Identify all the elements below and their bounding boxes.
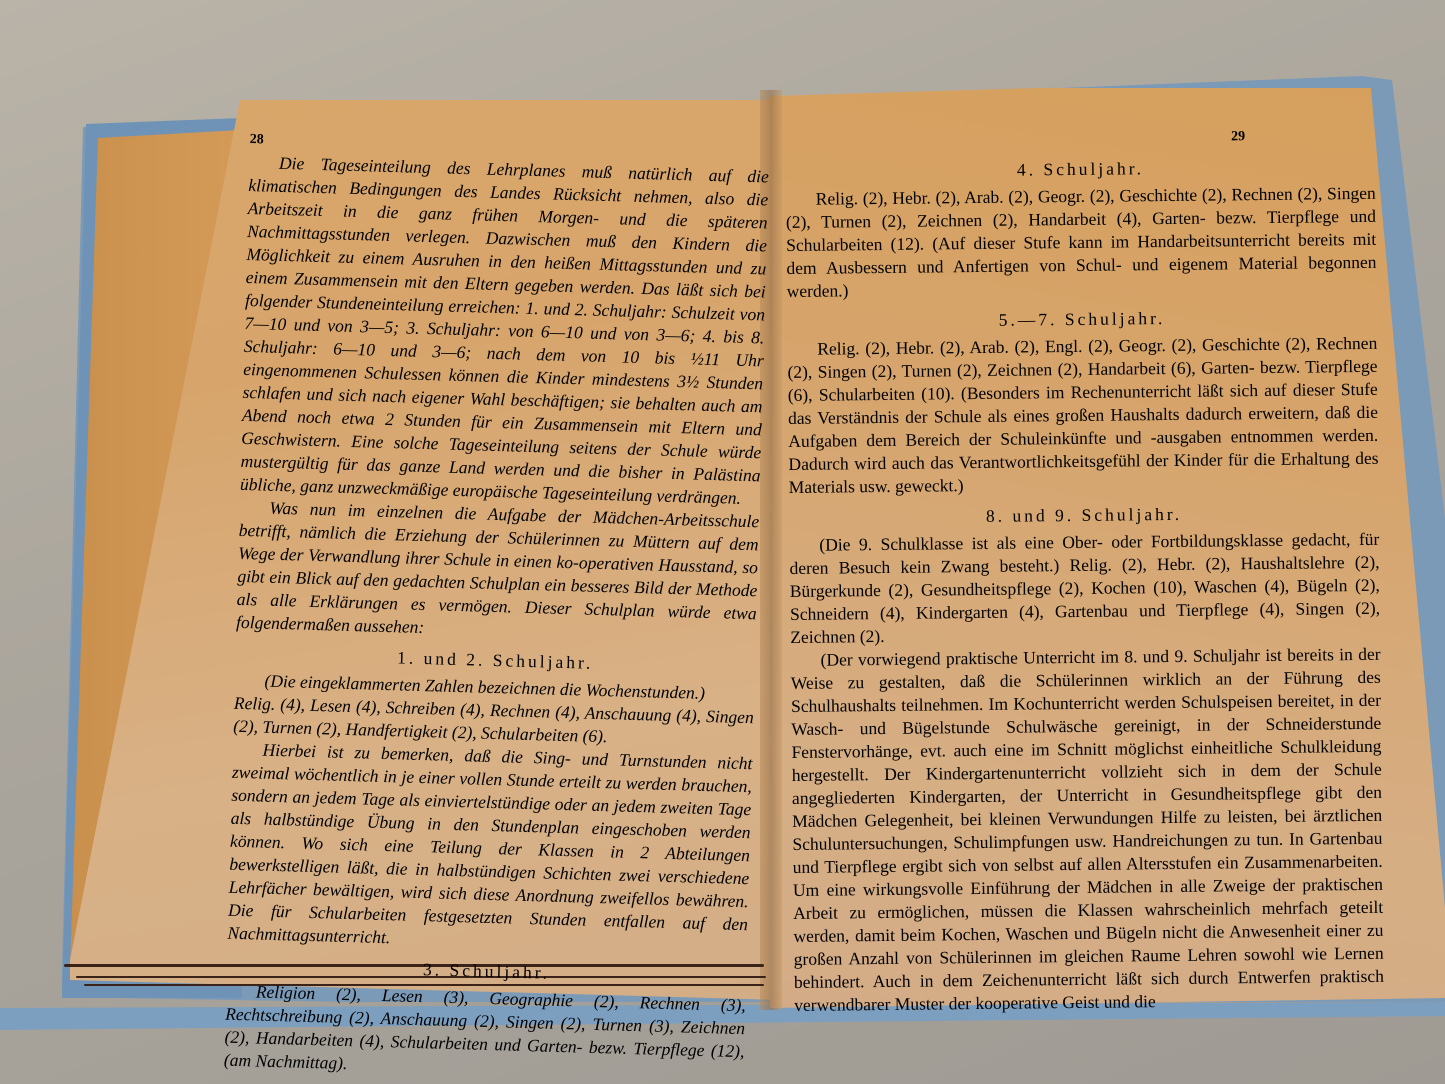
paragraph: Hierbei ist zu bemerken, daß die Sing- u… bbox=[227, 738, 753, 959]
paragraph: Die Tageseinteilung des Lehrplanes muß n… bbox=[240, 151, 769, 510]
paragraph: (Die 9. Schulklasse ist als eine Ober- o… bbox=[789, 528, 1380, 649]
page-number: 29 bbox=[785, 124, 1375, 153]
paragraph: Was nun im einzelnen die Aufgabe der Mäd… bbox=[236, 496, 760, 648]
section-heading: 5.—7. Schuljahr. bbox=[787, 305, 1377, 334]
paragraph: (Der vorwiegend praktische Unterricht im… bbox=[790, 643, 1384, 1017]
section-heading: 4. Schuljahr. bbox=[785, 155, 1375, 184]
left-page-text: 28 Die Tageseinteilung des Lehrplanes mu… bbox=[224, 128, 770, 1084]
paragraph: Relig. (2), Hebr. (2), Arab. (2), Engl. … bbox=[787, 332, 1379, 499]
paragraph: Relig. (2), Hebr. (2), Arab. (2), Geogr.… bbox=[786, 182, 1377, 303]
section-heading: 8. und 9. Schuljahr. bbox=[789, 501, 1379, 530]
subject-list: Religion (2), Lesen (3), Geographie (2),… bbox=[224, 980, 746, 1084]
right-page-text: 29 4. Schuljahr. Relig. (2), Hebr. (2), … bbox=[785, 124, 1384, 1017]
